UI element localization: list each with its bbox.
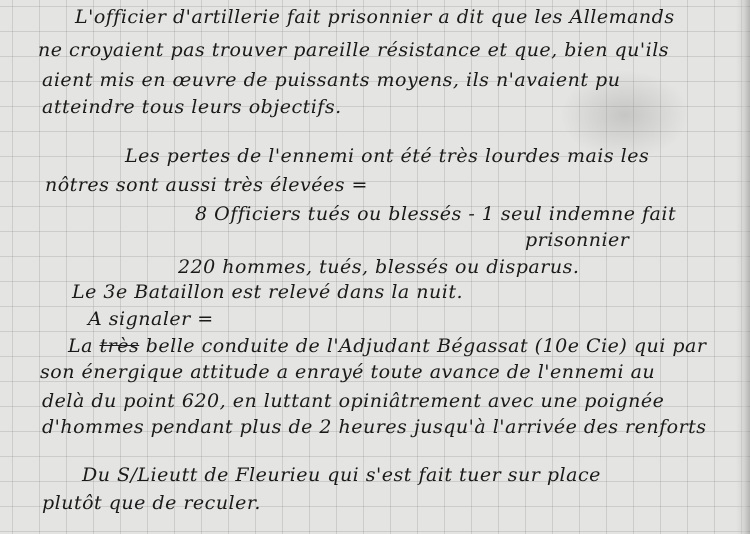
text-line: plutôt que de reculer.: [42, 494, 261, 513]
text-line: prisonnier: [525, 231, 629, 250]
text-line: atteindre tous leurs objectifs.: [42, 98, 342, 117]
section-heading: A signaler =: [88, 310, 214, 329]
text-line: 8 Officiers tués ou blessés - 1 seul ind…: [195, 205, 676, 224]
text-line: Les pertes de l'ennemi ont été très lour…: [125, 147, 649, 166]
text-line: La très belle conduite de l'Adjudant Bég…: [68, 337, 706, 356]
text-line: aient mis en œuvre de puissants moyens, …: [42, 71, 620, 90]
page-edge: [736, 0, 750, 534]
diary-page: L'officier d'artillerie fait prisonnier …: [0, 0, 750, 534]
struck-word: très: [99, 335, 139, 357]
text-line: L'officier d'artillerie fait prisonnier …: [75, 8, 675, 27]
text-line: delà du point 620, en luttant opiniâtrem…: [42, 392, 664, 411]
text-line: nôtres sont aussi très élevées =: [45, 176, 368, 195]
text-line: Le 3e Bataillon est relevé dans la nuit.: [72, 283, 463, 302]
text-line: Du S/Lieutt de Fleurieu qui s'est fait t…: [82, 466, 601, 485]
text-line: ne croyaient pas trouver pareille résist…: [38, 41, 669, 60]
text-line: 220 hommes, tués, blessés ou disparus.: [178, 258, 579, 277]
text-line: son énergique attitude a enrayé toute av…: [40, 363, 655, 382]
text-line: d'hommes pendant plus de 2 heures jusqu'…: [42, 418, 707, 437]
